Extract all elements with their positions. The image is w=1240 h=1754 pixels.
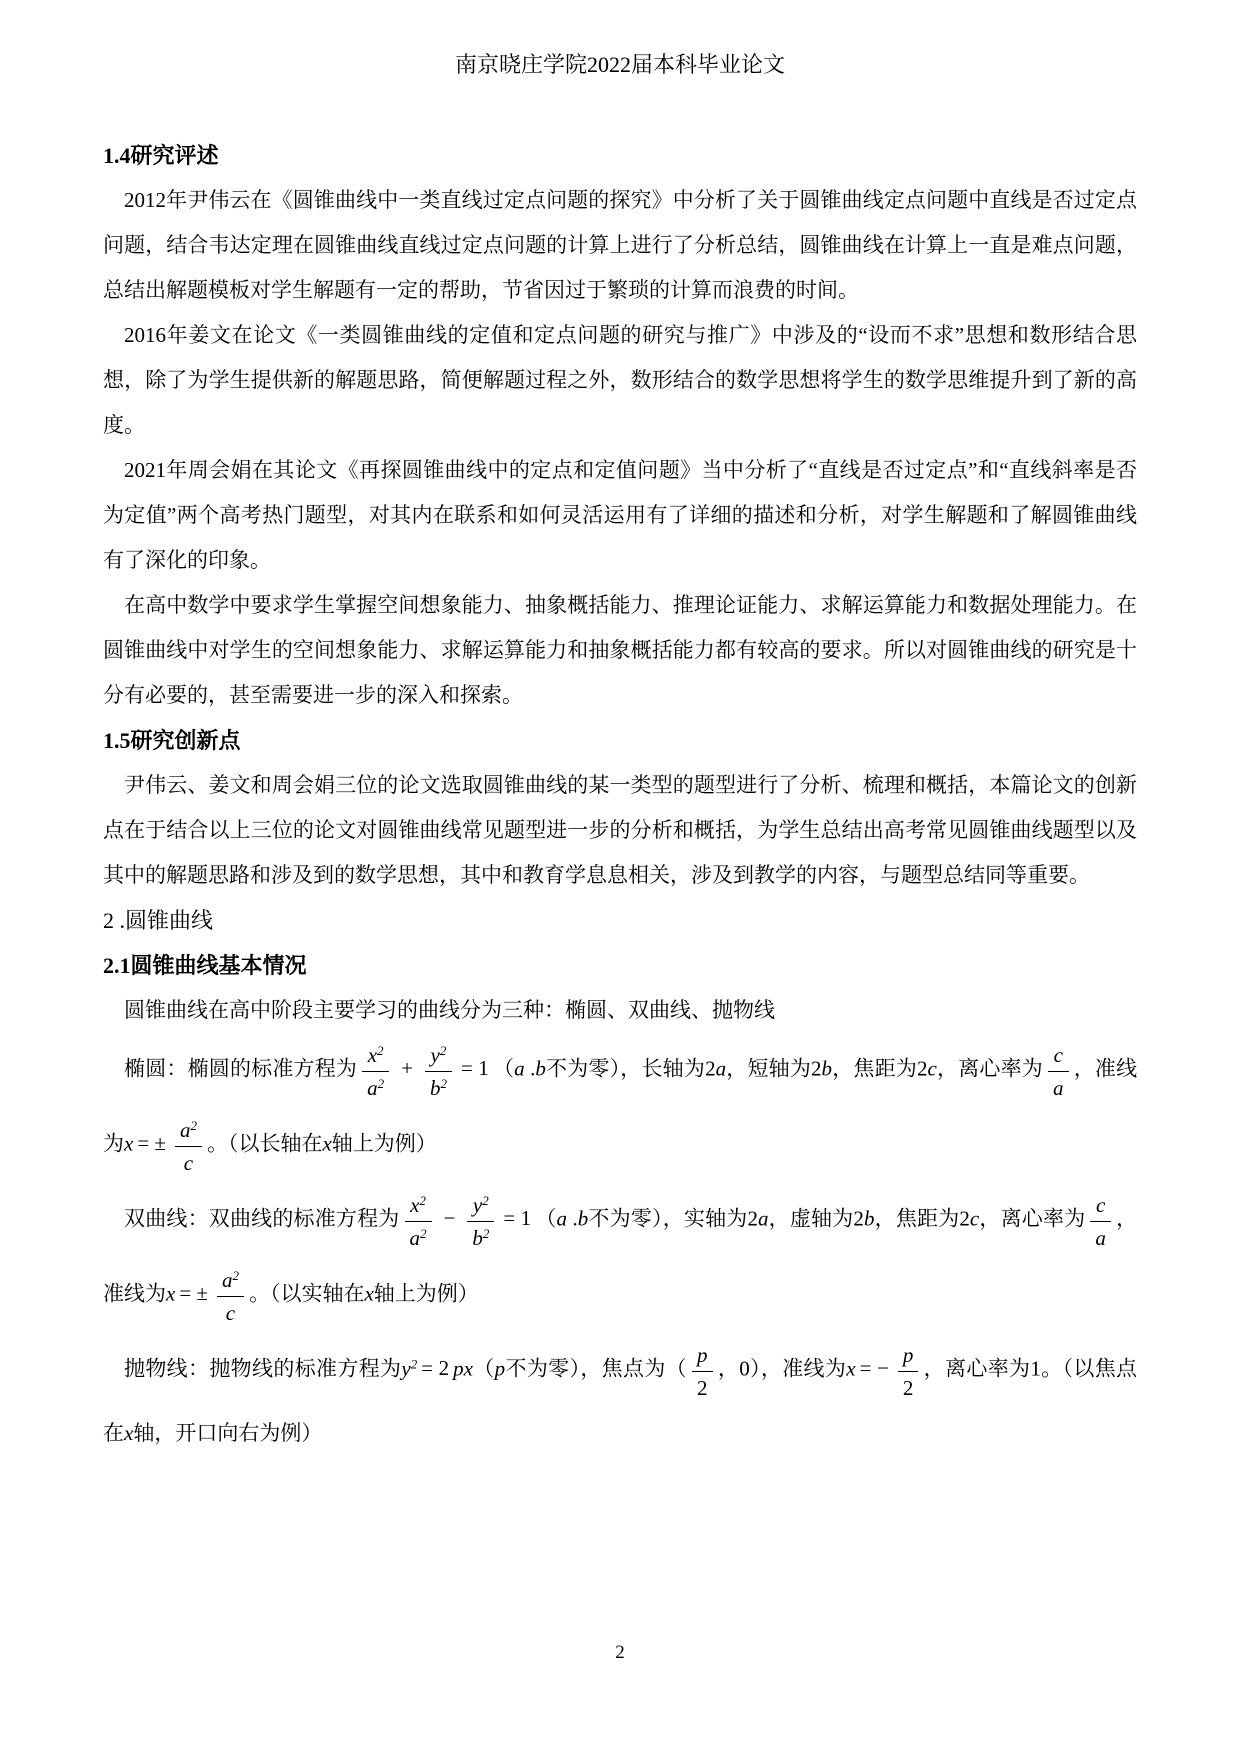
heading-1-4-research-review: 1.4研究评述 [103,133,1137,178]
math-variable: x [364,1281,373,1305]
math-variable: a [514,1056,525,1080]
math-variable: p [903,1343,914,1367]
math-variable: a [1053,1076,1064,1100]
fraction-x2-over-a2: x2a2 [405,1183,432,1258]
math-variable: b [864,1206,875,1230]
equals-plus-minus: = ± [179,1281,208,1305]
exponent: 2 [232,1268,239,1283]
math-variable: b [822,1056,833,1080]
math-variable: a [758,1206,769,1230]
fraction-numerator: c [1048,1038,1069,1072]
heading-2-1-basics: 2.1圆锥曲线基本情况 [103,943,1137,988]
fraction-denominator: 2 [692,1372,713,1403]
exponent: 2 [483,1226,490,1241]
fraction-y2-over-b2: y2b2 [467,1183,494,1258]
math-variable: y [431,1043,440,1067]
math-text: ，焦距为2 [832,1056,927,1080]
exponent: 2 [482,1193,489,1208]
math-text: . [525,1056,536,1080]
exponent: 2 [377,1043,384,1058]
math-text: 。（以实轴在 [249,1281,365,1305]
math-variable: x [124,1421,133,1445]
equals-one: = 1 [503,1206,531,1230]
equals-minus: = − [860,1356,889,1380]
exponent: 2 [440,1043,447,1058]
math-variable: x [410,1193,419,1217]
fraction-x2-over-a2: x2a2 [362,1033,389,1108]
math-text: 轴上为例） [332,1131,437,1155]
fraction-denominator: 2 [898,1372,919,1403]
fraction-denominator: b2 [425,1072,452,1103]
math-variable: b [430,1076,441,1100]
math-variable: p [697,1343,708,1367]
math-text: . [567,1206,578,1230]
math-text: 轴，开口向右为例） [133,1421,322,1445]
math-variable: a [716,1056,727,1080]
fraction-denominator: a2 [362,1072,389,1103]
fraction-denominator: a [1048,1072,1069,1103]
paragraph-parabola-definition: 抛物线：抛物线的标准方程为y2= 2px（p不为零），焦点为（p2，0），准线为… [103,1333,1137,1458]
paragraph-review-2016: 2016年姜文在论文《一类圆锥曲线的定值和定点问题的研究与推广》中涉及的“设而不… [103,313,1137,448]
fraction-c-over-a: ca [1048,1033,1069,1108]
exponent: 2 [190,1118,197,1133]
exponent: 2 [420,1226,427,1241]
math-text: 抛物线：抛物线的标准方程为 [124,1356,401,1380]
fraction-numerator: p [898,1338,919,1372]
math-text: 不为零），实轴为2 [588,1206,758,1230]
fraction-numerator: c [1090,1188,1111,1222]
fraction-a2-over-c: a2c [175,1108,202,1183]
math-number: 2 [903,1376,914,1400]
exponent: 2 [419,1193,426,1208]
math-variable: px [453,1356,473,1380]
fraction-numerator: y2 [425,1038,452,1072]
plus-operator: + [401,1056,413,1080]
fraction-denominator: c [217,1297,244,1328]
minus-operator: − [444,1206,456,1230]
content-area: 1.4研究评述 2012年尹伟云在《圆锥曲线中一类直线过定点问题的探究》中分析了… [103,133,1137,1458]
fraction-p-over-2: p2 [898,1333,919,1408]
math-text: ，离心率为 [979,1206,1085,1230]
paragraph-ability-requirements: 在高中数学中要求学生掌握空间想象能力、抽象概括能力、推理论证能力、求解运算能力和… [103,583,1137,718]
equals-plus-minus: = ± [137,1131,166,1155]
exponent: 2 [378,1076,385,1091]
math-variable: b [535,1056,546,1080]
fraction-numerator: a2 [217,1263,244,1297]
math-variable: p [495,1356,506,1380]
fraction-numerator: x2 [362,1038,389,1072]
fraction-y2-over-b2: y2b2 [425,1033,452,1108]
heading-2-conic-curves: 2 .圆锥曲线 [103,898,1137,943]
exponent: 2 [411,1356,418,1371]
math-variable: c [184,1151,193,1175]
math-variable: x [124,1131,133,1155]
math-text: 双曲线：双曲线的标准方程为 [124,1206,400,1230]
math-variable: a [222,1268,233,1292]
math-variable: x [166,1281,175,1305]
equals-two: = 2 [421,1356,449,1380]
paragraph-review-2021: 2021年周会娟在其论文《再探圆锥曲线中的定点和定值问题》当中分析了“直线是否过… [103,448,1137,583]
math-variable: x [322,1131,331,1155]
math-text: （ [473,1356,495,1380]
paragraph-innovation: 尹伟云、姜文和周会娟三位的论文选取圆锥曲线的某一类型的题型进行了分析、梳理和概括… [103,763,1137,898]
math-variable: b [472,1226,483,1250]
fraction-denominator: a2 [405,1222,432,1253]
math-text: ，离心率为 [937,1056,1043,1080]
paragraph-curve-types: 圆锥曲线在高中阶段主要学习的曲线分为三种：椭圆、双曲线、抛物线 [103,988,1137,1033]
math-variable: y [401,1356,410,1380]
equals-one: = 1 [461,1056,489,1080]
math-variable: x [368,1043,377,1067]
fraction-p-over-2: p2 [692,1333,713,1408]
math-variable: a [557,1206,568,1230]
math-text: 轴上为例） [374,1281,479,1305]
math-variable: a [180,1118,191,1142]
math-text: ，虚轴为2 [768,1206,863,1230]
fraction-numerator: a2 [175,1113,202,1147]
fraction-numerator: p [692,1338,713,1372]
math-text: 不为零），焦点为（ [505,1356,687,1380]
math-variable: c [1054,1043,1063,1067]
fraction-numerator: y2 [467,1188,494,1222]
math-variable: c [1096,1193,1105,1217]
paragraph-review-2012: 2012年尹伟云在《圆锥曲线中一类直线过定点问题的探究》中分析了关于圆锥曲线定点… [103,178,1137,313]
math-variable: a [410,1226,421,1250]
page-number: 2 [0,1640,1240,1666]
exponent: 2 [440,1076,447,1091]
math-variable: c [226,1301,235,1325]
math-text: 。（以长轴在 [207,1131,323,1155]
math-variable: c [970,1206,979,1230]
math-variable: c [928,1056,937,1080]
math-number: 2 [697,1376,708,1400]
fraction-denominator: b2 [467,1222,494,1253]
fraction-denominator: c [175,1147,202,1178]
math-text: ，短轴为2 [726,1056,821,1080]
paragraph-ellipse-definition: 椭圆：椭圆的标准方程为x2a2+y2b2= 1（a .b不为零），长轴为2a，短… [103,1033,1137,1183]
math-text: ，0），准线为 [718,1356,847,1380]
math-variable: a [367,1076,378,1100]
fraction-c-over-a: ca [1090,1183,1111,1258]
math-variable: y [473,1193,482,1217]
math-text: ，焦距为2 [874,1206,969,1230]
page-header: 南京晓庄学院2022届本科毕业论文 [0,50,1240,80]
math-text: 不为零），长轴为2 [546,1056,716,1080]
math-text: 椭圆：椭圆的标准方程为 [124,1056,357,1080]
math-text: （ [493,1056,514,1080]
math-variable: a [1095,1226,1106,1250]
thesis-page: 南京晓庄学院2022届本科毕业论文 1.4研究评述 2012年尹伟云在《圆锥曲线… [0,0,1240,1754]
paragraph-hyperbola-definition: 双曲线：双曲线的标准方程为x2a2−y2b2= 1（a .b不为零），实轴为2a… [103,1183,1137,1333]
math-text: （ [535,1206,556,1230]
fraction-numerator: x2 [405,1188,432,1222]
fraction-a2-over-c: a2c [217,1258,244,1333]
math-variable: b [578,1206,589,1230]
heading-1-5-innovation: 1.5研究创新点 [103,718,1137,763]
fraction-denominator: a [1090,1222,1111,1253]
math-variable: x [846,1356,855,1380]
